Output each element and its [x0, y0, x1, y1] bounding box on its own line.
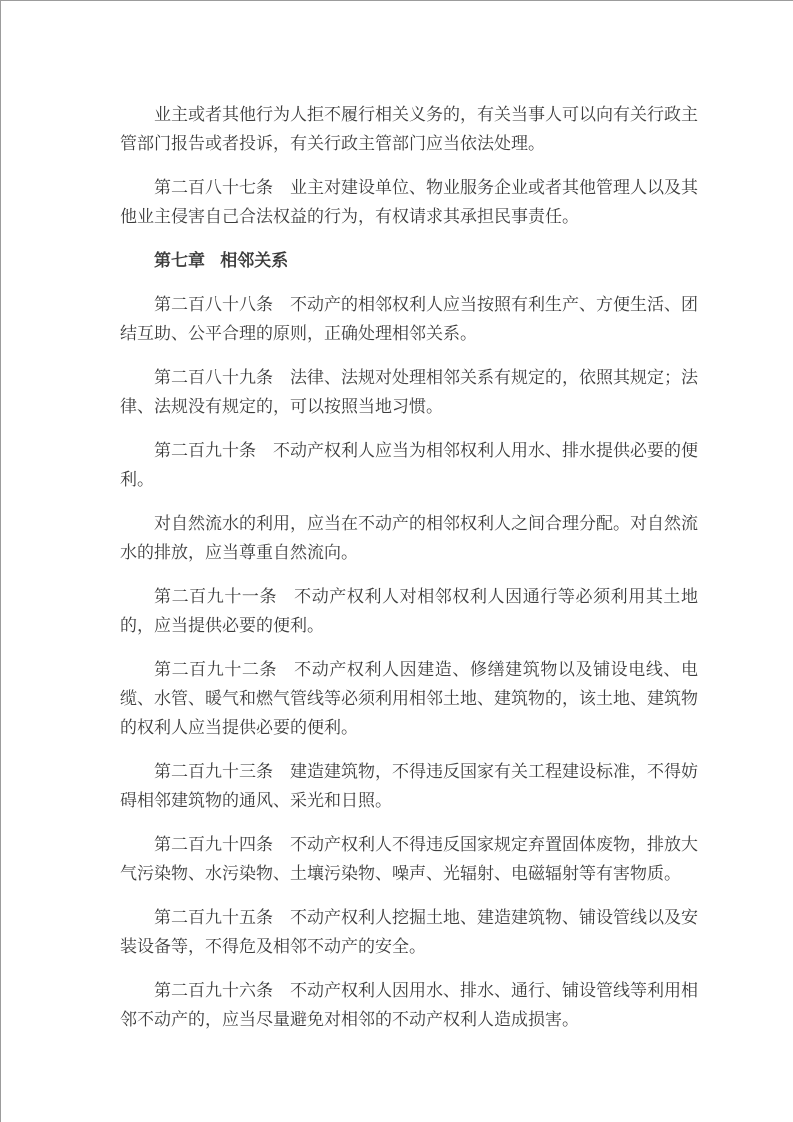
- paragraph: 第二百九十条不动产权利人应当为相邻权利人用水、排水提供必要的便利。: [120, 436, 698, 494]
- article-number: 第二百八十七条: [154, 178, 273, 197]
- article-number: 第二百八十八条: [154, 295, 273, 314]
- paragraph: 对自然流水的利用，应当在不动产的相邻权利人之间合理分配。对自然流水的排放，应当尊…: [120, 509, 698, 567]
- paragraph: 第二百九十四条不动产权利人不得违反国家规定弃置固体废物，排放大气污染物、水污染物…: [120, 830, 698, 888]
- paragraph: 第二百九十一条不动产权利人对相邻权利人因通行等必须利用其土地的，应当提供必要的便…: [120, 582, 698, 640]
- paragraph: 第二百九十五条不动产权利人挖掘土地、建造建筑物、铺设管线以及安装设备等，不得危及…: [120, 903, 698, 961]
- paragraph: 第二百八十八条不动产的相邻权利人应当按照有利生产、方便生活、团结互助、公平合理的…: [120, 290, 698, 348]
- chapter-heading: 第七章相邻关系: [120, 246, 698, 275]
- document-page: 业主或者其他行为人拒不履行相关义务的，有关当事人可以向有关行政主管部门报告或者投…: [1, 1, 793, 1034]
- chapter-number: 第七章: [154, 251, 205, 270]
- paragraph-text: 对自然流水的利用，应当在不动产的相邻权利人之间合理分配。对自然流水的排放，应当尊…: [120, 514, 698, 562]
- article-number: 第二百八十九条: [154, 368, 273, 387]
- paragraph: 第二百九十六条不动产权利人因用水、排水、通行、铺设管线等利用相邻不动产的，应当尽…: [120, 976, 698, 1034]
- article-number: 第二百九十五条: [154, 908, 273, 927]
- article-number: 第二百九十二条: [154, 660, 277, 679]
- chapter-title: 相邻关系: [220, 251, 288, 270]
- paragraph: 第二百八十七条业主对建设单位、物业服务企业或者其他管理人以及其他业主侵害自己合法…: [120, 173, 698, 231]
- paragraph: 业主或者其他行为人拒不履行相关义务的，有关当事人可以向有关行政主管部门报告或者投…: [120, 100, 698, 158]
- paragraph: 第二百九十三条建造建筑物，不得违反国家有关工程建设标准，不得妨碍相邻建筑物的通风…: [120, 757, 698, 815]
- article-number: 第二百九十一条: [154, 587, 277, 606]
- paragraph: 第二百九十二条不动产权利人因建造、修缮建筑物以及铺设电线、电缆、水管、暖气和燃气…: [120, 655, 698, 742]
- paragraph: 第二百八十九条法律、法规对处理相邻关系有规定的，依照其规定；法律、法规没有规定的…: [120, 363, 698, 421]
- article-number: 第二百九十六条: [154, 981, 273, 1000]
- paragraph-text: 业主或者其他行为人拒不履行相关义务的，有关当事人可以向有关行政主管部门报告或者投…: [120, 105, 698, 153]
- article-number: 第二百九十四条: [154, 835, 273, 854]
- article-number: 第二百九十条: [154, 441, 256, 460]
- article-number: 第二百九十三条: [154, 762, 273, 781]
